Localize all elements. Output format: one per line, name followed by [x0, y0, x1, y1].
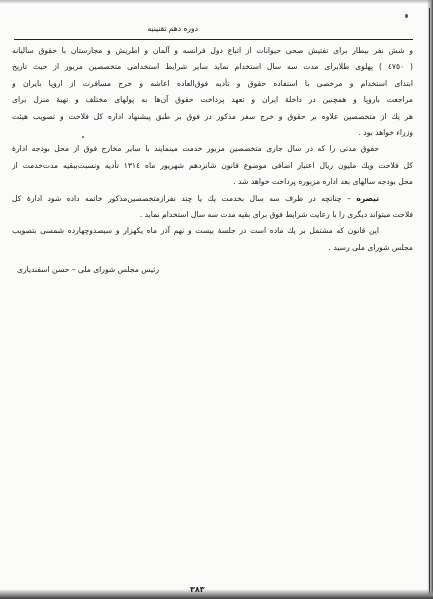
- document-page: دوره دهم تقنینیه و شش نفر بیطار برای تفت…: [0, 0, 433, 599]
- text-line: ( ٤٧٥٠ ) پهلوی طلابرای مدت سه سال استخدا…: [12, 59, 413, 75]
- text-line: کل فلاحت ویك ملیون ریال اعتبار اضافی موض…: [12, 158, 413, 174]
- text-line: وزراء خواهد بود .: [12, 125, 413, 141]
- text-line: ابتدای استخدام و مرخصی با استفاده حقوق و…: [12, 76, 413, 92]
- text-line: مجلس شورای ملی رسید .: [12, 240, 413, 256]
- header-rule: [14, 39, 413, 40]
- scan-bottom-edge: [0, 589, 433, 599]
- paragraph-note: تبصره – چنانچه در ظرف سه سال بخدمت یك یا…: [12, 191, 413, 224]
- scan-top-shadow: [0, 0, 433, 4]
- text-line: حقوق مدتی را که در سال جاری متخصصین مزبو…: [12, 141, 413, 157]
- scan-speck: [82, 136, 84, 138]
- note-text: – چنانچه در ظرف سه سال بخدمت یك یا چند ن…: [12, 194, 351, 203]
- text-line: تبصره – چنانچه در ظرف سه سال بخدمت یك یا…: [12, 191, 413, 207]
- scan-right-border-line: [429, 8, 430, 599]
- page-number: ٣٨٣: [190, 585, 205, 594]
- text-line: هر یك از متخصصین علاوه بر حقوق و خرج سفر…: [12, 109, 413, 125]
- scan-speck: [405, 14, 408, 18]
- text-line: محل بودجه سالهای بعد اداره مزبوره پرداخت…: [12, 174, 413, 190]
- text-line: این قانون که مشتمل بر یك ماده است در جلس…: [12, 223, 413, 239]
- running-header: دوره دهم تقنینیه: [147, 24, 198, 33]
- signature-line: رئیس مجلس شورای ملی – حسن اسفندیاری: [17, 265, 159, 274]
- note-label: تبصره: [356, 194, 379, 203]
- text-line: مراجعت باروپا و همچنین در داخلهٔ ایران و…: [12, 92, 413, 108]
- paragraph-1: و شش نفر بیطار برای تفتیش صحی حیوانات از…: [12, 43, 413, 141]
- law-body-text: و شش نفر بیطار برای تفتیش صحی حیوانات از…: [12, 43, 413, 256]
- paragraph-2: حقوق مدتی را که در سال جاری متخصصین مزبو…: [12, 141, 413, 190]
- text-line: و شش نفر بیطار برای تفتیش صحی حیوانات از…: [12, 43, 413, 59]
- text-line: فلاحت میتواند دیگری را با رعایت شرایط فو…: [12, 207, 413, 223]
- scan-right-edge: [427, 0, 433, 599]
- paragraph-4: این قانون که مشتمل بر یك ماده است در جلس…: [12, 223, 413, 256]
